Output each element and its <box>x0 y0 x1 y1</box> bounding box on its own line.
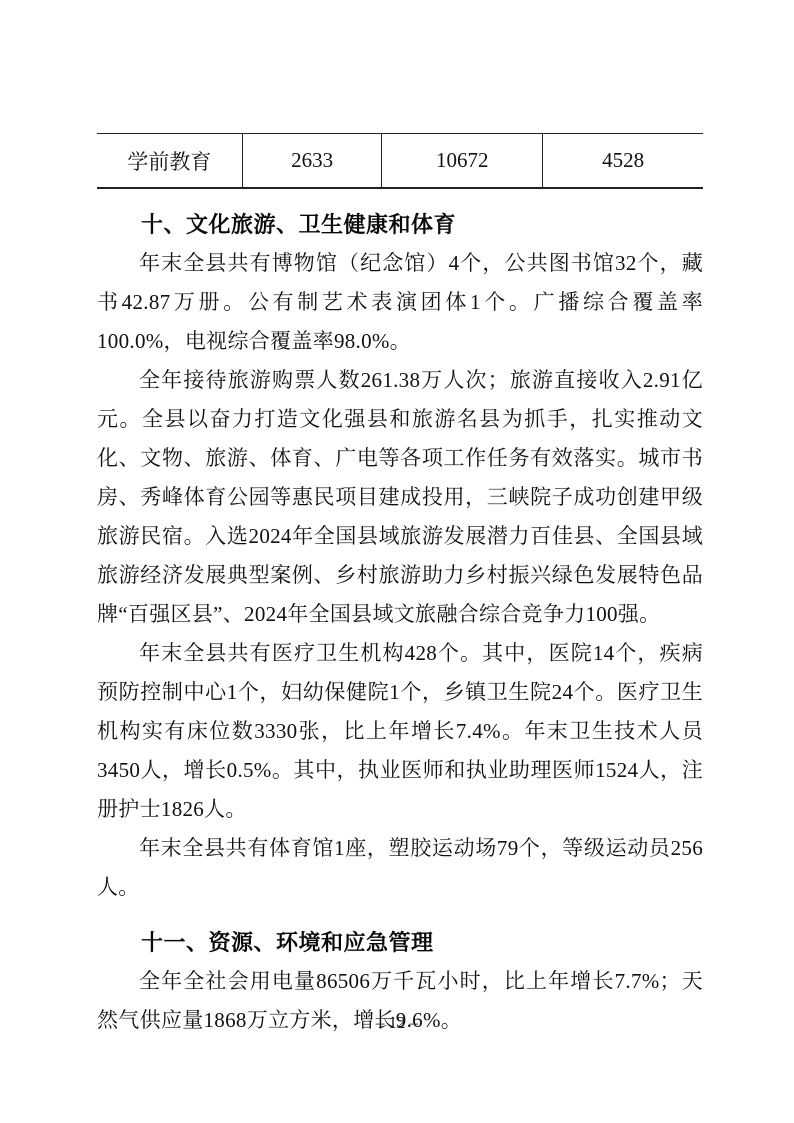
paragraph-tourism: 全年接待旅游购票人数261.38万人次；旅游直接收入2.91亿元。全县以奋力打造… <box>97 361 703 634</box>
page-number: – 12 – <box>0 1003 794 1042</box>
table-cell-value-3: 4528 <box>543 134 703 189</box>
table-cell-category: 学前教育 <box>97 134 242 189</box>
page-content: 学前教育 2633 10672 4528 十、文化旅游、卫生健康和体育 年末全县… <box>97 133 703 1040</box>
paragraph-health: 年末全县共有医疗卫生机构428个。其中，医院14个，疾病预防控制中心1个，妇幼保… <box>97 634 703 829</box>
table-row: 学前教育 2633 10672 4528 <box>97 134 703 189</box>
table-cell-value-2: 10672 <box>382 134 543 189</box>
table-cell-value-1: 2633 <box>242 134 382 189</box>
paragraph-culture: 年末全县共有博物馆（纪念馆）4个，公共图书馆32个，藏书42.87万册。公有制艺… <box>97 244 703 361</box>
paragraph-sports: 年末全县共有体育馆1座，塑胶运动场79个，等级运动员256人。 <box>97 829 703 907</box>
section-heading-culture-tourism-health-sports: 十、文化旅游、卫生健康和体育 <box>97 205 703 244</box>
document-page: 学前教育 2633 10672 4528 十、文化旅游、卫生健康和体育 年末全县… <box>0 0 794 1123</box>
education-table: 学前教育 2633 10672 4528 <box>97 133 703 189</box>
section-heading-resources-environment-emergency: 十一、资源、环境和应急管理 <box>97 923 703 962</box>
